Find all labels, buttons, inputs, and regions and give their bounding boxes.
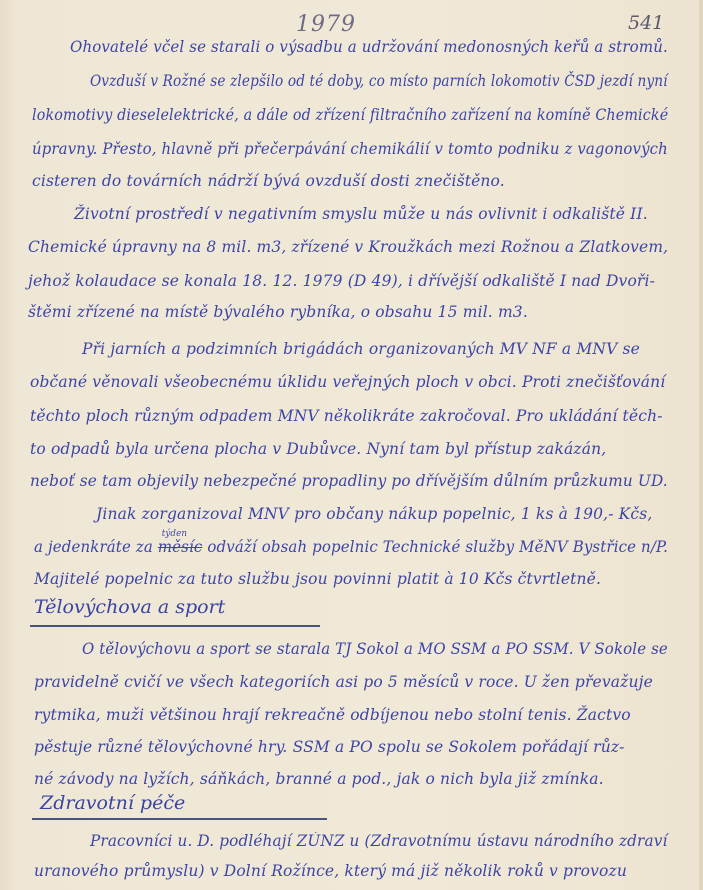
text-line: pravidelně cvičí ve všech kategoriích as… (34, 673, 653, 691)
text-line: Pracovníci u. D. podléhají ZÚNZ u (Zdrav… (90, 832, 668, 850)
text-line: občané věnovali všeobecnému úklidu veřej… (30, 373, 665, 391)
text-line: úpravny. Přesto, hlavně při přečerpávání… (32, 140, 668, 158)
text-line: Při jarních a podzimních brigádách organ… (82, 340, 640, 358)
text-line: to odpadů byla určena plocha v Dubůvce. … (30, 440, 606, 458)
text-line: Jinak zorganizoval MNV pro občany nákup … (96, 505, 652, 523)
text-line: neboť se tam objevily nebezpečné propadl… (30, 472, 668, 490)
manuscript-page: 1979 541 Ohovatelé včel se starali o výs… (0, 0, 703, 890)
text-line: rytmika, muži většinou hrají rekreačně o… (34, 706, 631, 724)
text-line: Chemické úpravny na 8 mil. m3, zřízené v… (28, 238, 668, 256)
heading-underline (32, 818, 327, 820)
section-heading-health: Zdravotní péče (40, 792, 185, 814)
text-line-with-correction: a jedenkráte za měsíctýden odváží obsah … (34, 538, 668, 556)
heading-underline (30, 625, 320, 627)
text-line: né závody na lyžích, sáňkách, branné a p… (34, 770, 604, 788)
text-line: O tělovýchovu a sport se starala TJ Soko… (82, 640, 668, 658)
text-line: uranového průmyslu) v Dolní Rožínce, kte… (34, 862, 627, 880)
section-heading-sport: Tělovýchova a sport (34, 596, 225, 618)
text-line: štěmi zřízené na místě bývalého rybníka,… (28, 303, 528, 321)
page-year: 1979 (296, 12, 356, 37)
text-line: pěstuje různé tělovýchovné hry. SSM a PO… (34, 738, 625, 756)
text-line: cisteren do továrních nádrží bývá ovzduš… (32, 172, 505, 190)
inserted-correction: týden (162, 529, 187, 539)
page-number: 541 (628, 12, 664, 34)
text-line: Ovzduší v Rožné se zlepšilo od té doby, … (90, 72, 668, 90)
text-line: Životní prostředí v negativním smyslu mů… (74, 205, 648, 223)
text-line: Majitelé popelnic za tuto službu jsou po… (34, 570, 601, 588)
text-line: Ohovatelé včel se starali o výsadbu a ud… (70, 38, 668, 56)
text-line: těchto ploch různým odpadem MNV několikr… (30, 407, 663, 425)
struck-word: měsíctýden (158, 538, 203, 556)
text-line: jehož kolaudace se konala 18. 12. 1979 (… (28, 272, 655, 290)
text-line: lokomotivy dieselelektrické, a dále od z… (32, 106, 668, 124)
